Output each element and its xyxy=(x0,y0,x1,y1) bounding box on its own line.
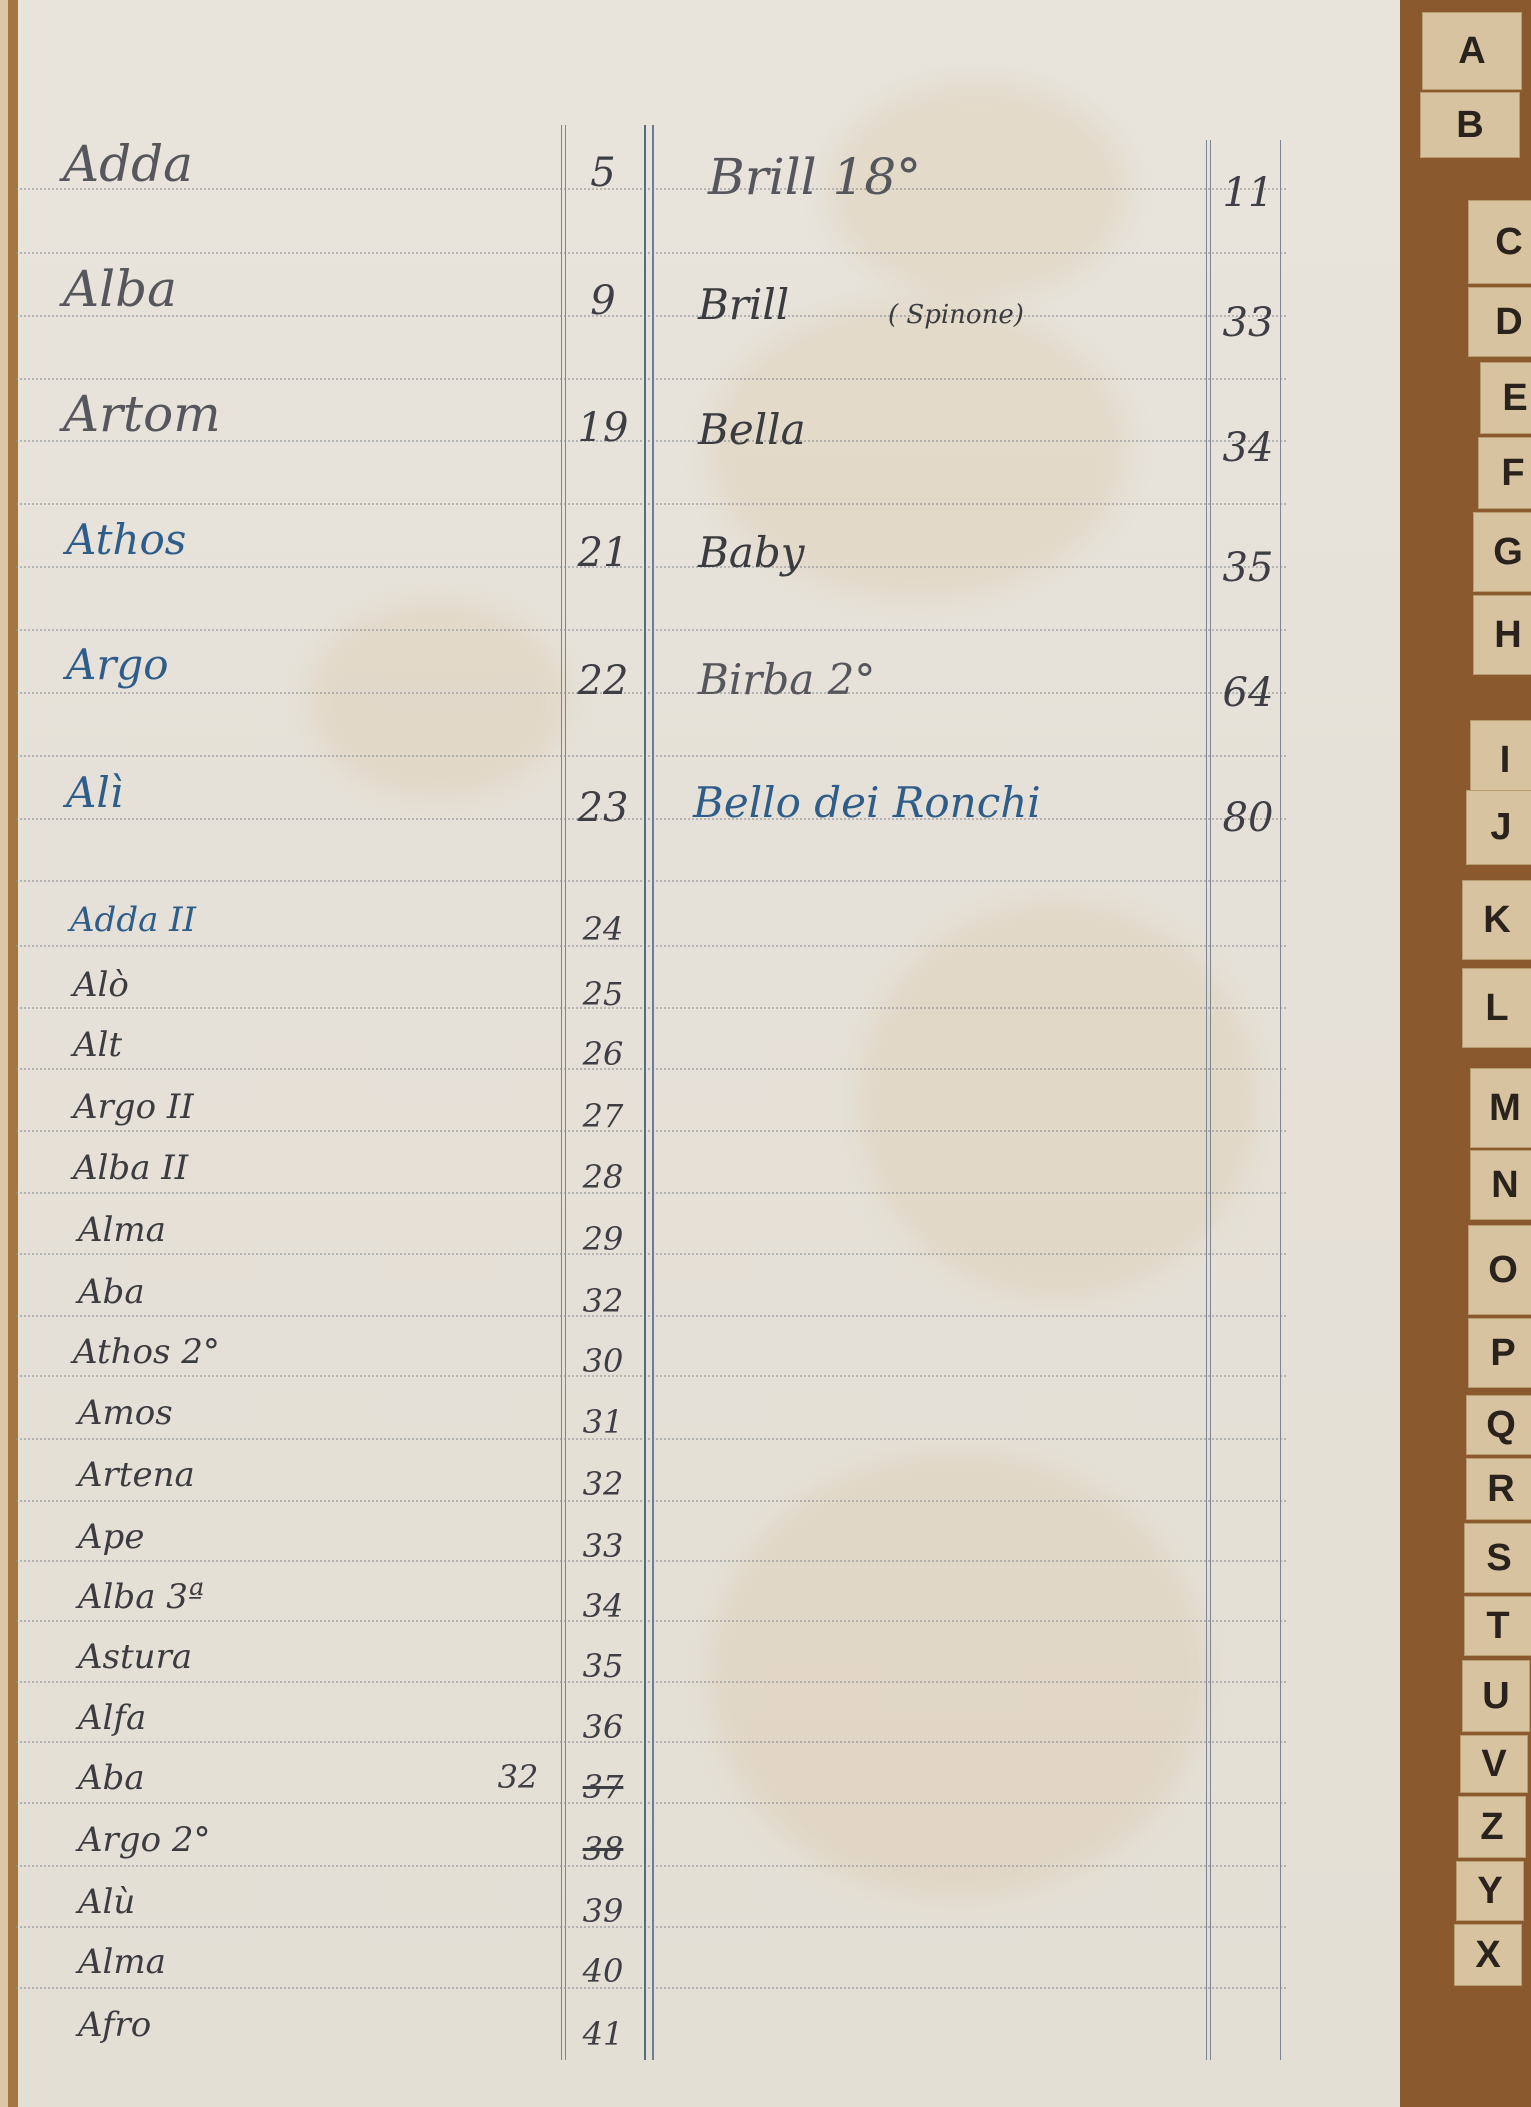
entry-name: Alù xyxy=(78,1882,135,1922)
tab-f[interactable]: F xyxy=(1478,437,1531,509)
entry-name: Astura xyxy=(78,1637,192,1677)
page-number: 9 xyxy=(563,278,643,324)
page-number: 21 xyxy=(563,530,643,576)
page-number: 39 xyxy=(563,1892,643,1930)
tab-q[interactable]: Q xyxy=(1466,1395,1531,1455)
entry-name: Argo 2° xyxy=(78,1820,210,1860)
page-number: 30 xyxy=(563,1342,643,1380)
tab-a[interactable]: A xyxy=(1422,12,1522,90)
tab-r[interactable]: R xyxy=(1466,1458,1531,1520)
entry-name: Alma xyxy=(78,1210,166,1250)
tab-v[interactable]: V xyxy=(1460,1735,1528,1793)
page-number: 5 xyxy=(563,150,643,196)
entry-name: Alfa xyxy=(78,1698,146,1738)
page-number: 40 xyxy=(563,1952,643,1990)
page-number-struck: 38 xyxy=(563,1830,643,1868)
entry-name: Alba II xyxy=(73,1148,188,1188)
tab-h[interactable]: H xyxy=(1473,595,1531,675)
page-number: 32 xyxy=(563,1465,643,1503)
page-number: 22 xyxy=(563,658,643,704)
entry-name: Brill xyxy=(698,280,789,329)
stain xyxy=(708,1450,1208,1900)
entry-name: Alba xyxy=(63,260,177,318)
entry-name: Alì xyxy=(66,768,123,817)
entry-name: Alò xyxy=(73,965,129,1005)
page-number: 31 xyxy=(563,1403,643,1441)
page-number: 35 xyxy=(563,1647,643,1685)
page-number: 19 xyxy=(563,405,643,451)
page-number: 34 xyxy=(1208,425,1288,471)
entry-name: Aba xyxy=(78,1272,145,1312)
entry-name: Athos xyxy=(66,515,186,564)
page-number: 32 xyxy=(563,1282,643,1320)
tab-k[interactable]: K xyxy=(1462,880,1531,960)
entry-name: Bella xyxy=(698,405,806,454)
entry-name: Athos 2° xyxy=(73,1332,220,1372)
register-page: Adda Alba Artom Athos Argo Alì Adda II A… xyxy=(8,0,1418,2107)
entry-name: Baby xyxy=(698,528,805,577)
tab-n[interactable]: N xyxy=(1470,1150,1531,1220)
tab-i[interactable]: I xyxy=(1470,720,1531,800)
page-number: 33 xyxy=(563,1527,643,1565)
page-number: 64 xyxy=(1208,670,1288,716)
entry-name: Alma xyxy=(78,1942,166,1982)
page-number: 80 xyxy=(1208,795,1288,841)
entry-name: Artena xyxy=(78,1455,195,1495)
tab-d[interactable]: D xyxy=(1468,287,1531,357)
page-number: 26 xyxy=(563,1035,643,1073)
tab-x[interactable]: X xyxy=(1454,1924,1522,1986)
entry-name: Afro xyxy=(78,2005,151,2045)
page-number: 33 xyxy=(1208,300,1288,346)
entry-name: Alt xyxy=(73,1025,122,1065)
entry-name: Argo II xyxy=(73,1087,194,1127)
page-number: 36 xyxy=(563,1708,643,1746)
page-number-struck: 37 xyxy=(563,1768,643,1806)
tab-l[interactable]: L xyxy=(1462,968,1531,1048)
tab-y[interactable]: Y xyxy=(1456,1861,1524,1921)
alphabet-index-tabs: A B C D E F G H I J K L M N O P Q R S T … xyxy=(1400,0,1531,2107)
tab-g[interactable]: G xyxy=(1473,512,1531,592)
entry-name: Amos xyxy=(78,1393,173,1433)
stain xyxy=(858,900,1258,1300)
entry-name: Ape xyxy=(78,1517,144,1557)
column-line xyxy=(1206,140,1207,2060)
entry-name: Brill 18° xyxy=(708,148,921,206)
tab-c[interactable]: C xyxy=(1468,200,1531,284)
tab-j[interactable]: J xyxy=(1466,790,1531,865)
entry-note: ( Spinone) xyxy=(888,300,1024,330)
entry-name: Adda II xyxy=(70,900,196,940)
tab-p[interactable]: P xyxy=(1468,1318,1531,1388)
column-line xyxy=(561,125,562,2060)
page-correction: 32 xyxy=(478,1758,558,1796)
column-divider-double xyxy=(644,125,654,2060)
entry-name: Aba xyxy=(78,1758,145,1798)
entry-name: Alba 3ª xyxy=(78,1577,204,1617)
page-number: 11 xyxy=(1208,170,1288,216)
tab-z[interactable]: Z xyxy=(1458,1796,1526,1858)
tab-t[interactable]: T xyxy=(1464,1596,1531,1656)
page-number: 23 xyxy=(563,785,643,831)
tab-s[interactable]: S xyxy=(1464,1523,1531,1593)
tab-o[interactable]: O xyxy=(1468,1225,1531,1315)
entry-name: Argo xyxy=(66,640,169,689)
page-number: 41 xyxy=(563,2015,643,2053)
entry-name: Adda xyxy=(63,135,193,193)
entry-name: Artom xyxy=(63,385,221,443)
page-number: 35 xyxy=(1208,545,1288,591)
tab-m[interactable]: M xyxy=(1470,1068,1531,1148)
tab-u[interactable]: U xyxy=(1462,1660,1530,1732)
page-number: 34 xyxy=(563,1587,643,1625)
entry-name: Bello dei Ronchi xyxy=(693,778,1041,827)
page-number: 28 xyxy=(563,1158,643,1196)
tab-b[interactable]: B xyxy=(1420,92,1520,158)
page-number: 25 xyxy=(563,975,643,1013)
page-number: 27 xyxy=(563,1097,643,1135)
page-number: 24 xyxy=(563,910,643,948)
tab-e[interactable]: E xyxy=(1480,362,1531,434)
entry-name: Birba 2° xyxy=(698,655,875,704)
page-number: 29 xyxy=(563,1220,643,1258)
